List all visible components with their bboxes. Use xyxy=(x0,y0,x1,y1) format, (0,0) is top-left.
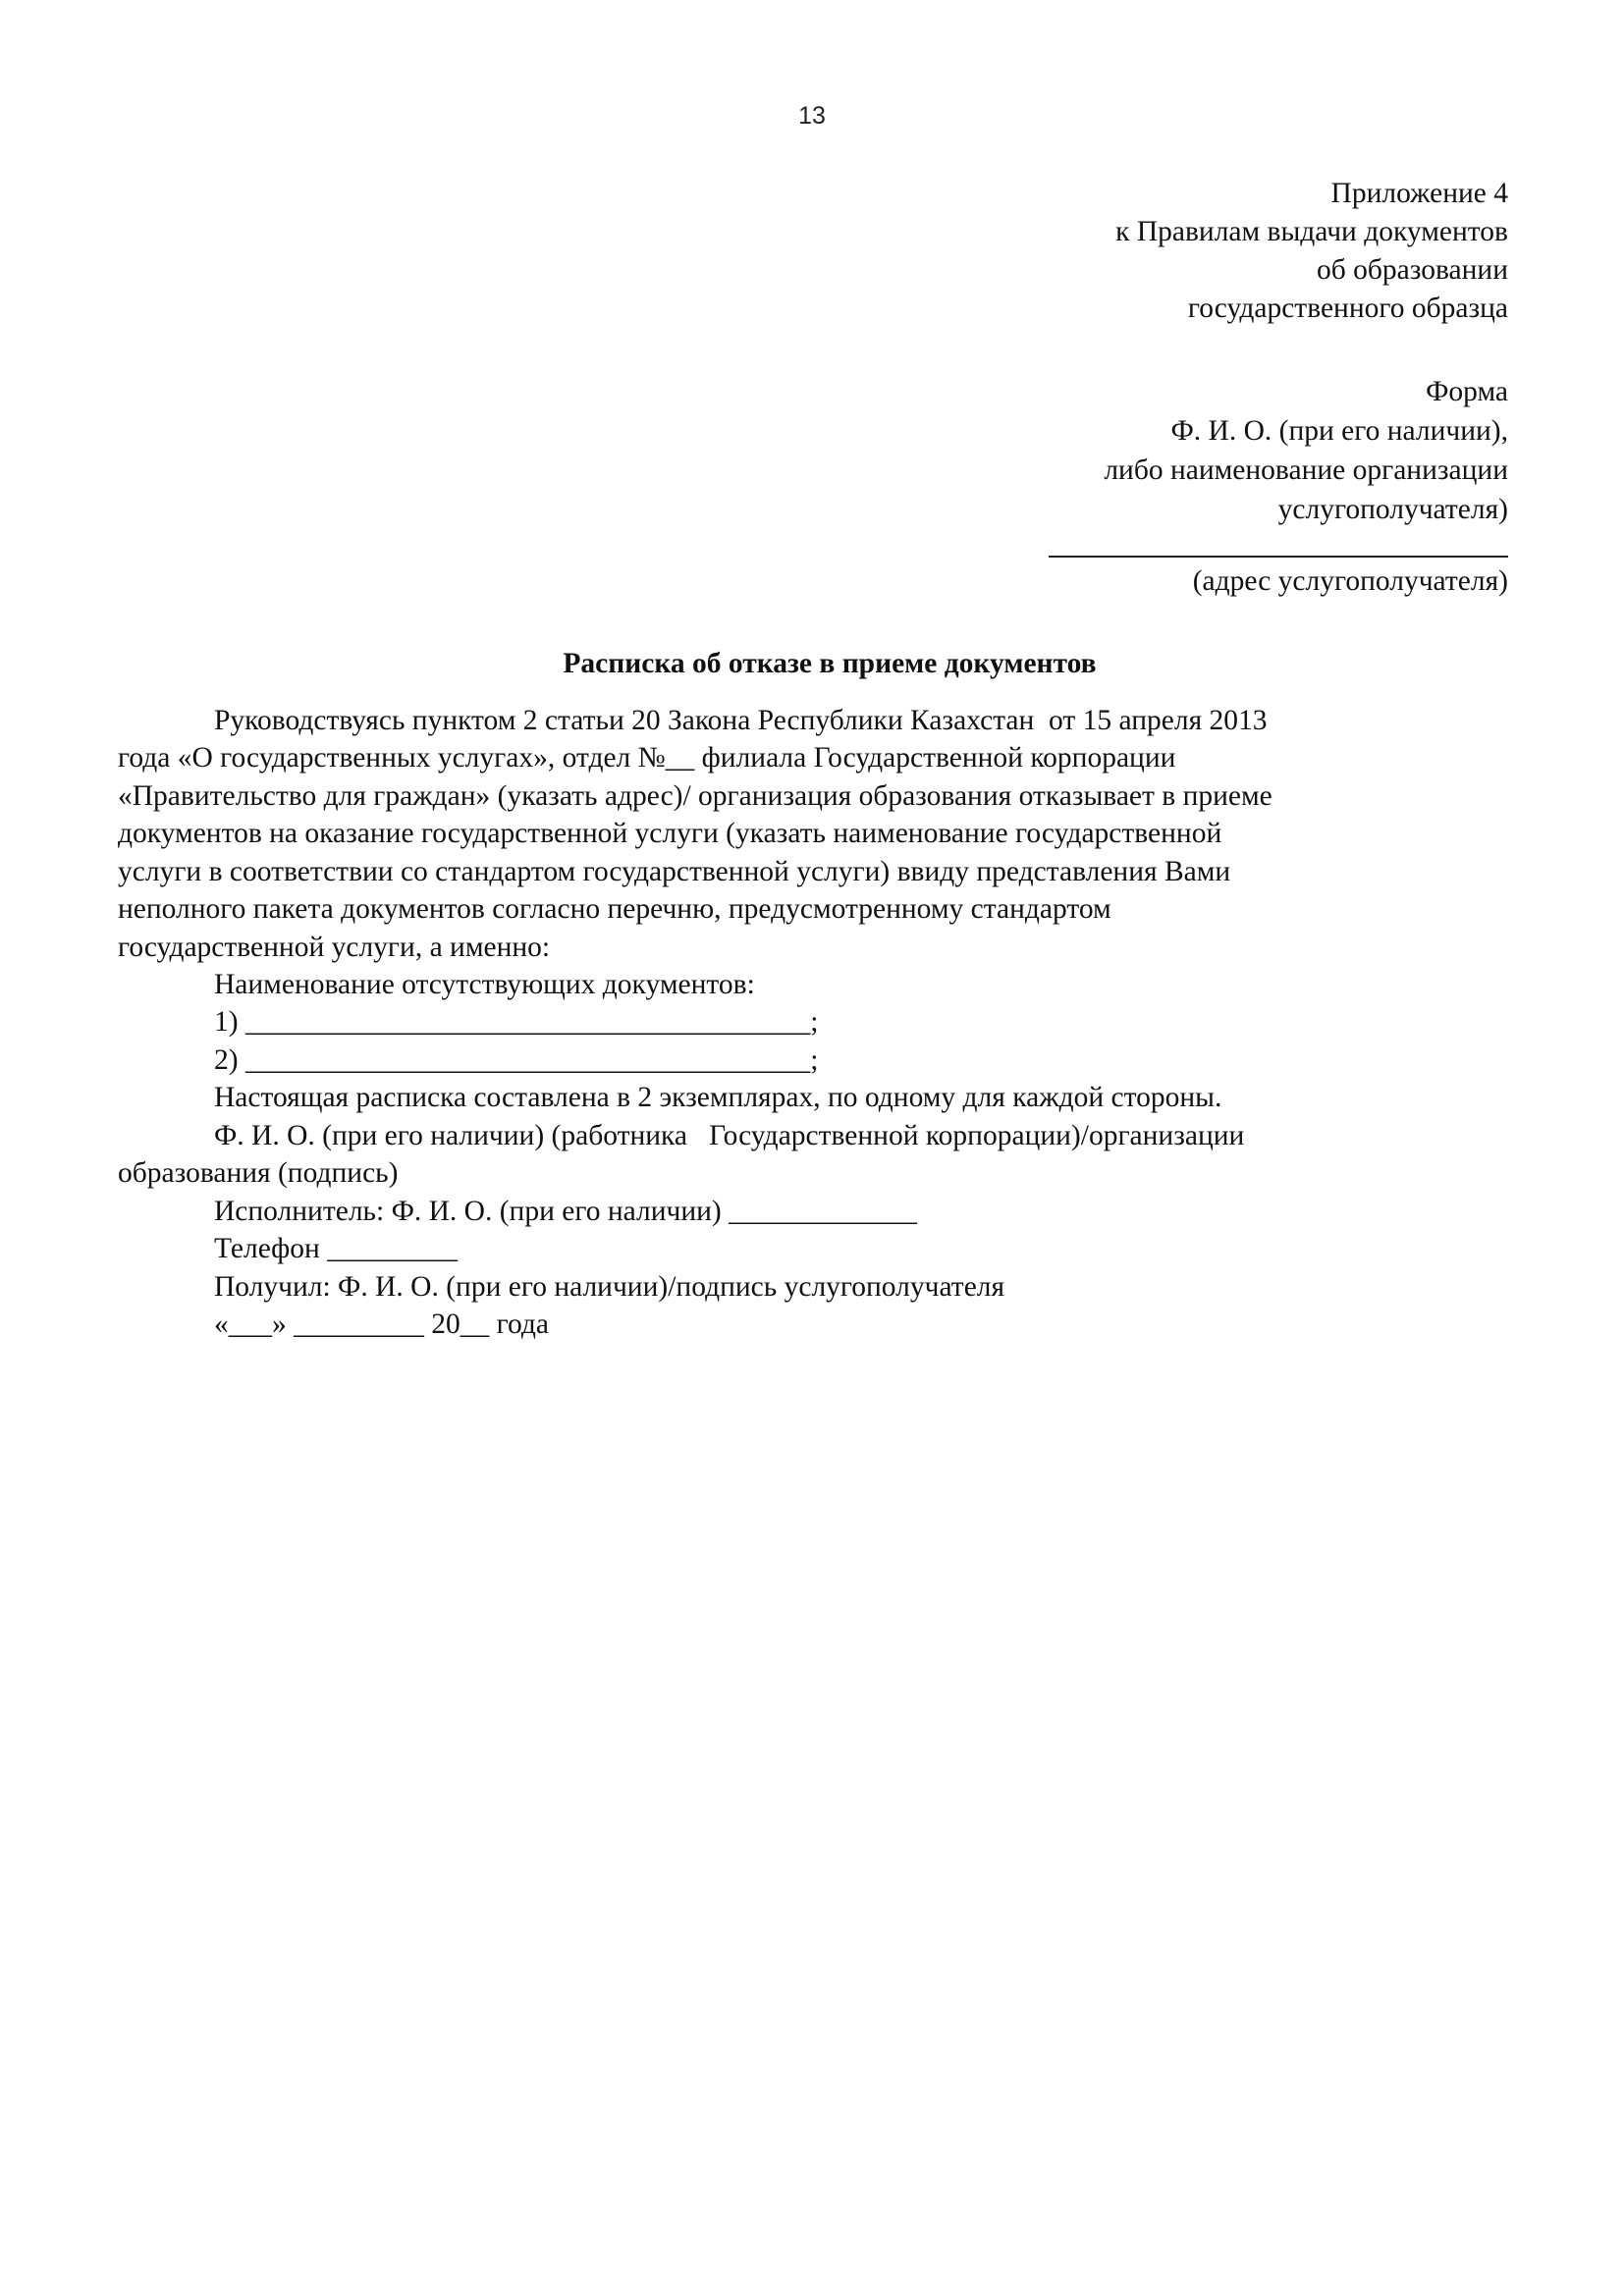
received-line: Получил: Ф. И. О. (при его наличии)/подп… xyxy=(214,1268,1004,1306)
document-page: 13 Приложение 4 к Правилам выдачи докуме… xyxy=(0,0,1624,2296)
address-caption: (адрес услугополучателя) xyxy=(1193,562,1508,600)
body-line: неполного пакета документов согласно пер… xyxy=(118,890,1111,928)
appendix-line: об образовании xyxy=(1317,251,1508,289)
executor-line: Исполнитель: Ф. И. О. (при его наличии) … xyxy=(214,1193,917,1230)
phone-line: Телефон _________ xyxy=(214,1230,458,1267)
body-line: Руководствуясь пунктом 2 статьи 20 Закон… xyxy=(214,702,1268,739)
appendix-line: Приложение 4 xyxy=(1331,175,1508,212)
employee-signature-line: образования (подпись) xyxy=(118,1154,398,1192)
form-label: Форма xyxy=(1426,373,1508,410)
document-title: Расписка об отказе в приеме документов xyxy=(0,645,1624,682)
recipient-name-caption: услугополучателя) xyxy=(1278,491,1508,528)
recipient-name-caption: Ф. И. О. (при его наличии), xyxy=(1170,412,1508,450)
appendix-line: государственного образца xyxy=(1188,290,1508,327)
employee-signature-line: Ф. И. О. (при его наличии) (работника Го… xyxy=(214,1117,1244,1154)
body-line: государственной услуги, а именно: xyxy=(118,929,550,966)
copies-note: Настоящая расписка составлена в 2 экземп… xyxy=(214,1079,1221,1116)
missing-doc-item: 2) _____________________________________… xyxy=(214,1041,818,1079)
date-line: «___» _________ 20__ года xyxy=(214,1306,549,1343)
body-line: «Правительство для граждан» (указать адр… xyxy=(118,777,1272,815)
recipient-name-caption: либо наименование организации xyxy=(1104,452,1508,489)
body-line: года «О государственных услугах», отдел … xyxy=(118,739,1175,776)
address-blank-line xyxy=(1049,556,1508,558)
body-line: документов на оказание государственной у… xyxy=(118,815,1221,852)
missing-docs-label: Наименование отсутствующих документов: xyxy=(214,966,755,1003)
page-number: 13 xyxy=(0,102,1624,131)
body-line: услуги в соответствии со стандартом госу… xyxy=(118,853,1230,890)
missing-doc-item: 1) _____________________________________… xyxy=(214,1003,818,1041)
appendix-line: к Правилам выдачи документов xyxy=(1115,213,1508,250)
